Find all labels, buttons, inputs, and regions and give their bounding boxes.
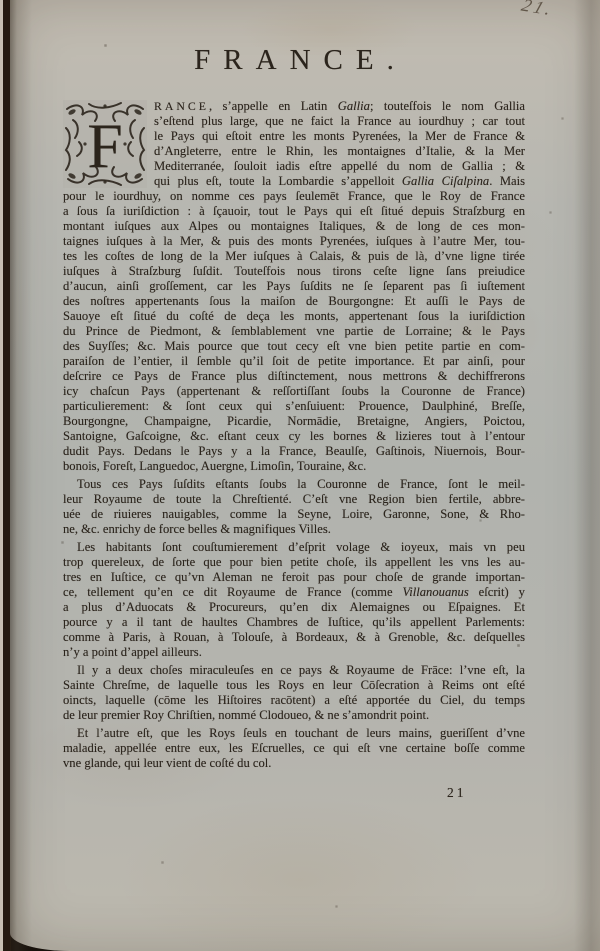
text-run: Gallia: [338, 99, 370, 113]
text-run: du Prince de Piedmont, & ſemblablement v…: [63, 324, 525, 338]
text-run: vne glande, qui leur vient de coſté du c…: [63, 756, 271, 770]
text-run: le Pays qui eſtoit entre les monts Pyren…: [154, 129, 525, 143]
text-run: oincts, laquelle (cōme les Hiſtoires rac…: [63, 693, 525, 707]
text-line: d’Angleterre, entre le Rhin, les montaig…: [154, 144, 525, 159]
text-line: Les habitants ſont couſtumierement d’eſp…: [63, 540, 525, 555]
fore-edge-shadow: [574, 0, 600, 951]
text-line: de leur premier Roy Chriſtien, nommé Clo…: [63, 708, 525, 723]
text-line: iuſques à Straſzburg ſuſdit. Touteſfois …: [63, 264, 525, 279]
text-run: pource y a il tant de haultes Chambres d…: [63, 615, 525, 629]
paragraph: F RANCE, s’appelle en Latin Gallia; tout…: [63, 99, 525, 474]
woodcut-initial: F: [63, 100, 147, 188]
text-line: qui plus eſt, toute la Lombardie s’appel…: [154, 174, 525, 189]
text-run: Sainte Chreſme, de laquelle tous les Roy…: [63, 678, 525, 692]
text-line: icy chaſcun Pays (appertenant & reſſorti…: [63, 384, 525, 399]
text-line: bonois, Foreſt, Languedoc, Auergne, Limo…: [63, 459, 525, 474]
text-run: Sauoye eſt ſitué du coſté de deça les mo…: [63, 309, 525, 323]
text-block: F RANCE, s’appelle en Latin Gallia; tout…: [63, 99, 525, 771]
text-line: ne, &c. enrichy de force belles & magnif…: [63, 522, 525, 537]
woodcut-initial-f-icon: F: [63, 100, 147, 188]
text-line: s’eſtend plus large, que ne faict la Fra…: [154, 114, 525, 129]
text-run: ; touteſfois le nom Gallia: [370, 99, 525, 113]
text-line: comme à Paris, à Rouan, à Tolouſe, à Bor…: [63, 630, 525, 645]
text-run: particulierement: & ſont ceux qui s’enſu…: [63, 399, 525, 413]
text-run: icy chaſcun Pays (appertenant & reſſorti…: [63, 384, 525, 398]
text-run: d’Angleterre, entre le Rhin, les montaig…: [154, 144, 525, 158]
text-run: deſcrire ce Pays de France plus diſtinct…: [63, 369, 525, 383]
text-run: tres en Iuſtice, ce qu’vn Aleman ne fero…: [63, 570, 525, 584]
text-line: uée de riuieres nauigables, comme la Sey…: [63, 507, 525, 522]
text-run: ce, tellement qu’en ce dit Royaume de Fr…: [63, 585, 403, 599]
text-line: des Suyſſes; &c. Mais pource que tout ce…: [63, 339, 525, 354]
text-run: a ſous ſa iuriſdiction : à ſçauoir, tout…: [63, 204, 525, 218]
text-run: Gallia Ciſalpina: [402, 174, 489, 188]
text-run: a plus d’Aduocats & Procureurs, qu’en di…: [63, 600, 525, 614]
text-run: d’aucun, ainſi groſſement, car les Pays …: [63, 279, 525, 293]
text-run: uée de riuieres nauigables, comme la Sey…: [63, 507, 525, 521]
text-line: paraiſon de l’entier, il ſemble qu’il ſo…: [63, 354, 525, 369]
text-run: Les habitants ſont couſtumierement d’eſp…: [77, 540, 525, 554]
text-run: leur Royaume de toute la Chreſtienté. C’…: [63, 492, 525, 506]
text-line: dudit Pays. Dedans le Pays y a la France…: [63, 444, 525, 459]
paragraph: Tous ces Pays ſuſdits eſtants ſoubs la C…: [63, 477, 525, 537]
text-line: a plus d’Aduocats & Procureurs, qu’en di…: [63, 600, 525, 615]
text-run: RANCE: [154, 99, 209, 113]
text-run: ne, &c. enrichy de force belles & magnif…: [63, 522, 331, 536]
text-line: tres en Iuſtice, ce qu’vn Aleman ne fero…: [63, 570, 525, 585]
text-line: Tous ces Pays ſuſdits eſtants ſoubs la C…: [63, 477, 525, 492]
text-line: a ſous ſa iuriſdiction : à ſçauoir, tout…: [63, 204, 525, 219]
text-line: montant iuſques aux Alpes ou montaignes …: [63, 219, 525, 234]
text-run: taignes iuſques à la Mer, & puis des mon…: [63, 234, 525, 248]
text-line: ce, tellement qu’en ce dit Royaume de Fr…: [63, 585, 525, 600]
book-photo: 21. FRANCE.: [0, 0, 600, 951]
text-run: pour le iourdhuy, on nomme ces pays ſeul…: [63, 189, 525, 203]
page-title: FRANCE.: [63, 44, 525, 77]
text-line: vne glande, qui leur vient de coſté du c…: [63, 756, 525, 771]
text-line: Santoigne, Gaſcoigne, &c. eſtant ceux cy…: [63, 429, 525, 444]
text-run: paraiſon de l’entier, il ſemble qu’il ſo…: [63, 354, 525, 368]
text-line: oincts, laquelle (cōme les Hiſtoires rac…: [63, 693, 525, 708]
text-line: pource y a il tant de haultes Chambres d…: [63, 615, 525, 630]
text-run: montant iuſques aux Alpes ou montaignes …: [63, 219, 525, 233]
text-run: Villanouanus: [403, 585, 469, 599]
paragraph: Et l’autre eſt, que les Roys ſeuls en to…: [63, 726, 525, 771]
text-line: du Prince de Piedmont, & ſemblablement v…: [63, 324, 525, 339]
text-run: trop quereleux, de ſorte que pour bien p…: [63, 555, 525, 569]
text-run: iuſques à Straſzburg ſuſdit. Touteſfois …: [63, 264, 525, 278]
text-run: Il y a deux choſes miraculeuſes en ce pa…: [77, 663, 525, 677]
text-run: de leur premier Roy Chriſtien, nommé Clo…: [63, 708, 429, 722]
text-run: bonois, Foreſt, Languedoc, Auergne, Limo…: [63, 459, 366, 473]
text-run: maladie, appellée entre eux, les Eſcruel…: [63, 741, 525, 755]
text-run: s’eſtend plus large, que ne faict la Fra…: [154, 114, 525, 128]
text-run: des noſtres appertenants ſous la maiſon …: [63, 294, 525, 308]
text-line: des noſtres appertenants ſous la maiſon …: [63, 294, 525, 309]
text-run: tes les coſtes de long de la Mer iuſques…: [63, 249, 525, 263]
text-line: d’aucun, ainſi groſſement, car les Pays …: [63, 279, 525, 294]
text-run: , s’appelle en Latin: [209, 99, 338, 113]
text-line: Mediterranée, ſouloit iadis eſtre appell…: [154, 159, 525, 174]
gutter-shadow: [10, 0, 32, 951]
text-line: leur Royaume de toute la Chreſtienté. C’…: [63, 492, 525, 507]
text-run: Bourgongne, Champaigne, Picardie, Normād…: [63, 414, 525, 428]
handwritten-folio-number: 21.: [519, 0, 557, 20]
text-run: Mediterranée, ſouloit iadis eſtre appell…: [154, 159, 525, 173]
text-run: Tous ces Pays ſuſdits eſtants ſoubs la C…: [77, 477, 525, 491]
text-run: des Suyſſes; &c. Mais pource que tout ce…: [63, 339, 525, 353]
text-run: comme à Paris, à Rouan, à Tolouſe, à Bor…: [63, 630, 525, 644]
text-line: Sauoye eſt ſitué du coſté de deça les mo…: [63, 309, 525, 324]
book-page: 21. FRANCE.: [10, 0, 600, 951]
text-run: Et l’autre eſt, que les Roys ſeuls en to…: [77, 726, 525, 740]
text-run: eſcrit) y: [469, 585, 525, 599]
text-line: Bourgongne, Champaigne, Picardie, Normād…: [63, 414, 525, 429]
page-number: 21: [447, 785, 467, 801]
paragraph: Les habitants ſont couſtumierement d’eſp…: [63, 540, 525, 660]
text-line: taignes iuſques à la Mer, & puis des mon…: [63, 234, 525, 249]
text-line: pour le iourdhuy, on nomme ces pays ſeul…: [63, 189, 525, 204]
text-run: dudit Pays. Dedans le Pays y a la France…: [63, 444, 525, 458]
text-line: Il y a deux choſes miraculeuſes en ce pa…: [63, 663, 525, 678]
text-line: particulierement: & ſont ceux qui s’enſu…: [63, 399, 525, 414]
paper-specks: [10, 0, 11, 1]
text-line: tes les coſtes de long de la Mer iuſques…: [63, 249, 525, 264]
text-line: n’y a point d’appel ailleurs.: [63, 645, 525, 660]
text-line: le Pays qui eſtoit entre les monts Pyren…: [154, 129, 525, 144]
paragraph: Il y a deux choſes miraculeuſes en ce pa…: [63, 663, 525, 723]
text-line: deſcrire ce Pays de France plus diſtinct…: [63, 369, 525, 384]
dropcap-letter: F: [87, 110, 123, 181]
text-line: RANCE, s’appelle en Latin Gallia; touteſ…: [154, 99, 525, 114]
text-run: Santoigne, Gaſcoigne, &c. eſtant ceux cy…: [63, 429, 525, 443]
text-line: Sainte Chreſme, de laquelle tous les Roy…: [63, 678, 525, 693]
text-line: maladie, appellée entre eux, les Eſcruel…: [63, 741, 525, 756]
text-run: . Mais: [489, 174, 525, 188]
text-line: Et l’autre eſt, que les Roys ſeuls en to…: [63, 726, 525, 741]
text-line: trop quereleux, de ſorte que pour bien p…: [63, 555, 525, 570]
text-run: qui plus eſt, toute la Lombardie s’appel…: [154, 174, 402, 188]
text-run: n’y a point d’appel ailleurs.: [63, 645, 202, 659]
